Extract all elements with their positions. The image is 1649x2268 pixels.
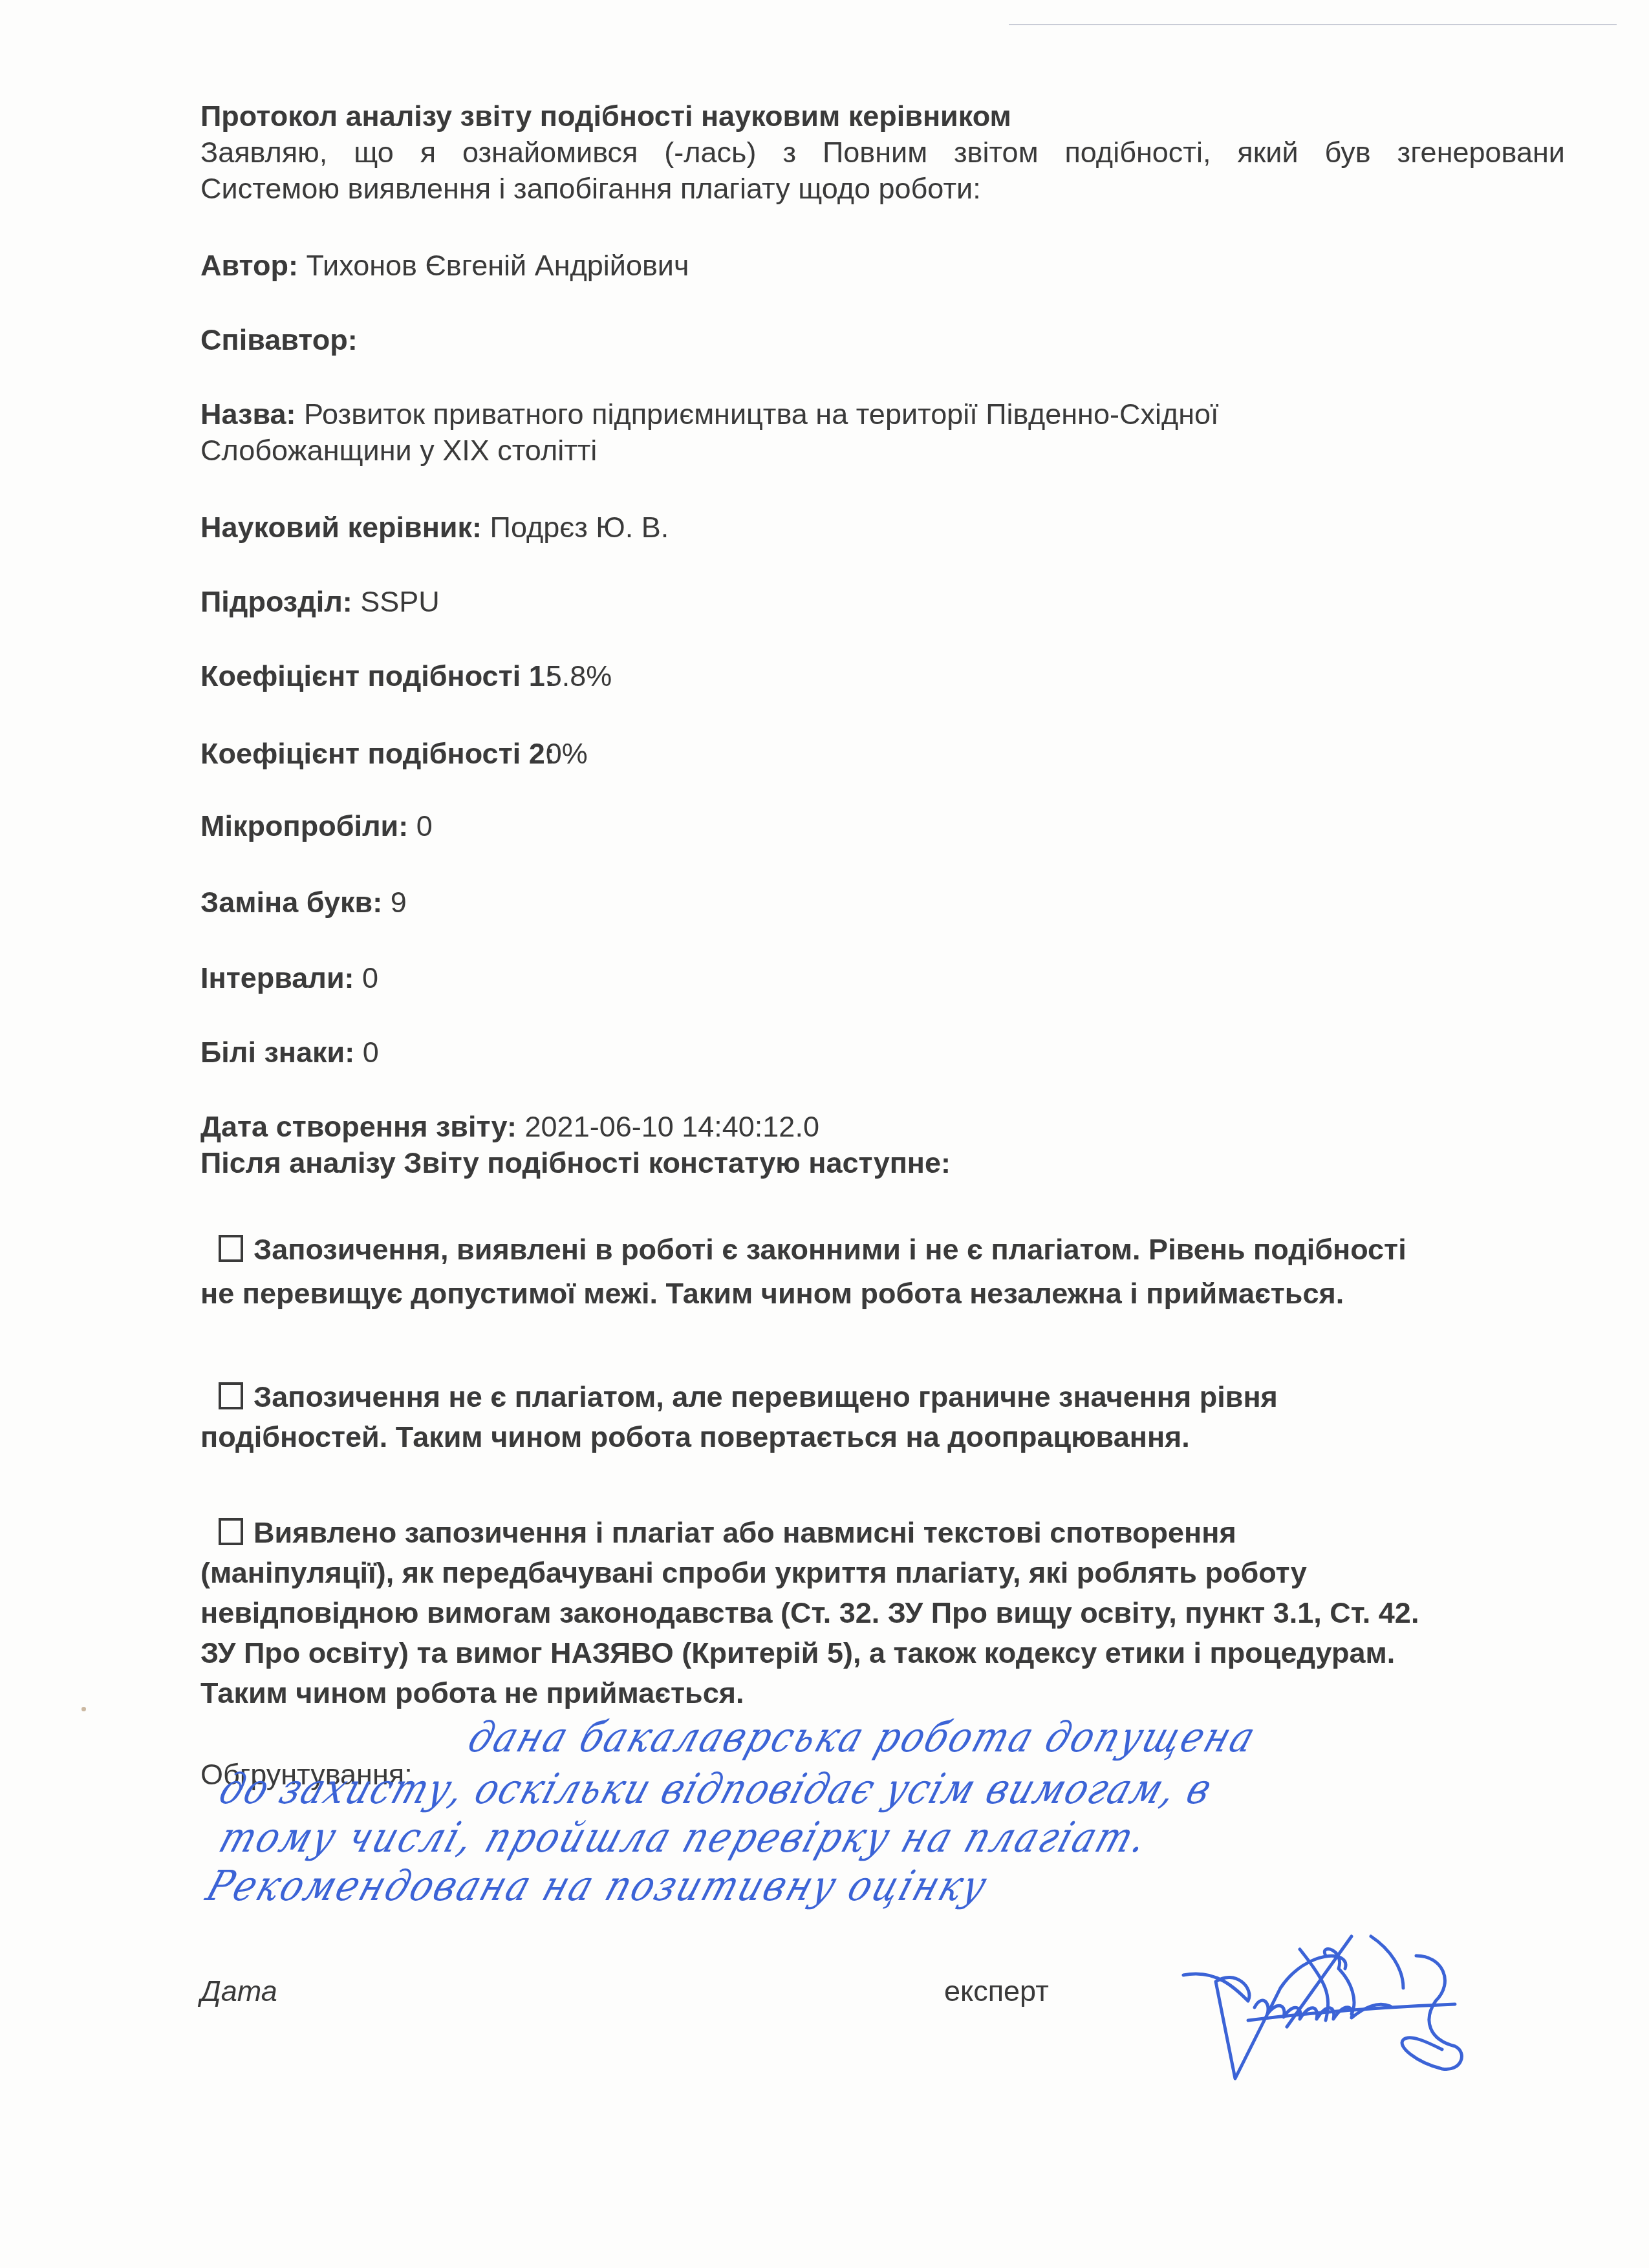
field-value: Розвиток приватного підприємництва на те… (304, 398, 1219, 431)
signature-icon (1158, 1930, 1520, 2085)
option-accepted: Запозичення, виявлені в роботі є законни… (200, 1230, 1406, 1270)
handwritten-line-2: до захисту, оскільки відповідає усім вим… (213, 1765, 1219, 1813)
field-value: 9 (391, 886, 407, 919)
field-microspaces: Мікропробіли: 0 (200, 808, 433, 844)
field-value: SSPU (360, 585, 440, 618)
field-value: Подрєз Ю. В. (490, 511, 669, 544)
field-coauthor: Співавтор: (200, 322, 358, 358)
field-letter-replacement: Заміна букв: 9 (200, 884, 407, 921)
field-supervisor: Науковий керівник: Подрєз Ю. В. (200, 509, 669, 546)
field-label: Співавтор: (200, 323, 358, 356)
field-title: Назва: Розвиток приватного підприємництв… (200, 396, 1219, 433)
field-label: Білі знаки: (200, 1036, 354, 1069)
option-text: Запозичення не є плагіатом, але перевище… (253, 1380, 1278, 1413)
field-report-date: Дата створення звіту: 2021-06-10 14:40:1… (200, 1109, 819, 1145)
field-value: Тихонов Євгеній Андрійович (307, 249, 689, 282)
field-label: Автор: (200, 249, 298, 282)
field-value: 0 (363, 1036, 379, 1069)
field-similarity-1: Коефіцієнт подібності 1:5.8% (200, 658, 612, 694)
field-value: 0 (416, 809, 433, 842)
field-white-chars: Білі знаки: 0 (200, 1034, 379, 1071)
field-label: Коефіцієнт подібності 2: (200, 737, 555, 770)
option-accepted-line2: не перевищує допустимої межі. Таким чино… (200, 1274, 1344, 1314)
option-returned-line2: подібностей. Таким чином робота повертає… (200, 1417, 1190, 1457)
handwritten-line-3: тому числі, пройшла перевірку на плагіат… (213, 1813, 1155, 1862)
option-text: Виявлено запозичення і плагіат або навми… (253, 1516, 1236, 1549)
field-label: Назва: (200, 398, 296, 431)
date-label: Дата (200, 1973, 277, 2009)
field-label: Інтервали: (200, 961, 354, 994)
field-value: 2021-06-10 14:40:12.0 (525, 1110, 819, 1143)
handwritten-line-1: дана бакалаврська робота допущена (462, 1713, 1263, 1762)
field-author: Автор: Тихонов Євгеній Андрійович (200, 248, 689, 284)
option-text: Запозичення, виявлені в роботі є законни… (253, 1233, 1406, 1266)
field-unit: Підрозділ: SSPU (200, 584, 440, 620)
field-label: Мікропробіли: (200, 809, 408, 842)
field-label: Дата створення звіту: (200, 1110, 517, 1143)
conclusion-heading: Після аналізу Звіту подібності констатую… (200, 1145, 951, 1181)
option-rejected-line2: (маніпуляції), як передбачувані спроби у… (200, 1553, 1307, 1593)
scan-dust (81, 1707, 86, 1711)
checkbox-accepted[interactable] (219, 1235, 243, 1262)
field-label: Науковий керівник: (200, 511, 482, 544)
checkbox-rejected[interactable] (219, 1518, 243, 1545)
field-value: 0 (362, 961, 378, 994)
document-title: Протокол аналізу звіту подібності науков… (200, 98, 1011, 134)
checkbox-returned[interactable] (219, 1382, 243, 1409)
field-label: Підрозділ: (200, 585, 352, 618)
field-title-line2: Слобожанщини у XIX столітті (200, 433, 597, 469)
option-returned: Запозичення не є плагіатом, але перевище… (200, 1377, 1278, 1417)
scan-artifact-line (1009, 24, 1617, 25)
option-rejected-line4: ЗУ Про освіту) та вимог НАЗЯВО (Критерій… (200, 1633, 1395, 1673)
handwritten-line-4: Рекомендована на позитивну оцінку (200, 1862, 995, 1910)
intro-line-2: Системою виявлення і запобігання плагіат… (200, 171, 981, 207)
option-rejected-line3: невідповідною вимогам законодавства (Ст.… (200, 1593, 1419, 1633)
field-similarity-2: Коефіцієнт подібності 2:0% (200, 736, 588, 772)
field-value: 0% (546, 737, 588, 770)
field-label: Заміна букв: (200, 886, 382, 919)
field-label: Коефіцієнт подібності 1: (200, 659, 555, 692)
option-rejected-line5: Таким чином робота не приймається. (200, 1673, 744, 1713)
option-rejected: Виявлено запозичення і плагіат або навми… (200, 1513, 1236, 1553)
intro-line-1: Заявляю, що я ознайомився (-лась) з Повн… (200, 134, 1565, 171)
field-intervals: Інтервали: 0 (200, 960, 378, 996)
field-value: 5.8% (546, 659, 612, 692)
expert-label: експерт (944, 1973, 1049, 2009)
